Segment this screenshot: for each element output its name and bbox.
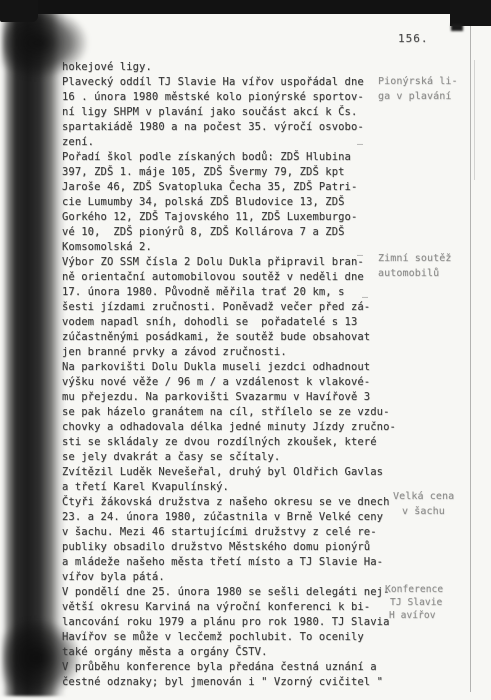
text-line: publiky obsadilo družstvo Městského domu… [62,540,472,555]
text-line: Zvítězil Luděk Nevešeřal, druhý byl Oldř… [62,465,472,480]
scan-edge-top-left [0,0,38,22]
text-line: vé 10, ZDŠ pionýrů 8, ZDŠ Kollárova 7 a … [62,225,472,240]
margin-note-konference: KonferenceTJ SlavieH avířov [385,583,443,622]
text-line: TJ Slavie [390,596,443,609]
text-line: a mládeže našeho města třetí místo a TJ … [62,555,472,570]
book-binding-shadow [0,12,66,696]
scan-edge-top [0,0,491,14]
text-line: se jely dvakrát a časy se sčítaly. [62,450,472,465]
margin-note-velka-cena: Velká cenav šachu [393,489,454,519]
scan-noise-mark: – [357,139,363,150]
text-line: hokejové ligy. [62,60,472,75]
text-line: ní ligy SHPM v plavání jako součást akcí… [62,105,472,120]
text-line: Havířov se může v lecčemž pochlubit. To … [62,630,472,645]
scan-noise-mark: – [357,250,363,261]
scan-noise-mark: – [362,292,368,303]
text-line: ga v plavání [378,89,458,104]
text-line: Pořadí škol podle získaných bodů: ZDŠ Hl… [62,150,472,165]
text-line: Jaroše 46, ZDŠ Svatopluka Čecha 35, ZDŠ … [62,180,472,195]
text-line: také orgány města a orgány ČSTV. [62,645,472,660]
page-number: 156. [398,32,429,45]
page-edge-line-faint [474,60,475,180]
text-line: Gorkého 12, ZDŠ Tajovského 11, ZDŠ Luxem… [62,210,472,225]
text-line: Pionýrská li- [378,74,458,89]
text-line: Zimní soutěž [378,251,451,266]
text-line: vodem napadl sníh, dohodli se pořadatelé… [62,315,472,330]
text-line: se pak házelo granátem na cíl, střílelo … [62,405,472,420]
scan-edge-corner-notch [451,24,463,31]
text-line: v šachu [402,504,454,519]
scanned-document-page: 156. hokejové ligy.Plavecký oddíl TJ Sla… [0,0,491,700]
text-line: V průběhu konference byla předána čestná… [62,660,472,675]
text-line: 17. února 1980. Původně měřila trať 20 k… [62,285,472,300]
text-line: Na parkovišti Dolu Dukla museli jezdci o… [62,360,472,375]
text-line: automobilů [378,266,451,281]
margin-note-zimni-soutez: Zimní soutěžautomobilů [378,251,451,281]
text-line: jen branné prvky a závod zručnosti. [62,345,472,360]
text-line: mu přejezdu. Na parkovišti Svazarmu v Ha… [62,390,472,405]
text-line: sti se skládaly ze dvou rozdílných zkouš… [62,435,472,450]
scan-edge-corner [450,0,491,26]
text-line: spartakiádě 1980 a na počest 35. výročí … [62,120,472,135]
text-line: zení. [62,135,472,150]
text-line: chovky a odhadovala délka jedné minuty J… [62,420,472,435]
text-line: H avířov [389,609,443,622]
text-line: čestné odznaky; byl jmenován i " Vzorný … [62,675,472,690]
text-line: cie Lumumby 34, polská ZDŠ Bludovice 13,… [62,195,472,210]
text-line: Velká cena [393,489,454,504]
margin-note-pionyrska-liga: Pionýrská li-ga v plavání [378,74,458,104]
text-line: zúčastněnými posádkami, že soutěž bude o… [62,330,472,345]
text-line: šesti jízdami zručnosti. Poněvadž večer … [62,300,472,315]
text-line: výšku nové věže / 96 m / a vzdálenost k … [62,375,472,390]
text-line: v šachu. Mezi 46 startujícími družstvy z… [62,525,472,540]
text-line: 397, ZDŠ 1. máje 105, ZDŠ Švermy 79, ZDŠ… [62,165,472,180]
text-line: Konference [385,583,443,596]
